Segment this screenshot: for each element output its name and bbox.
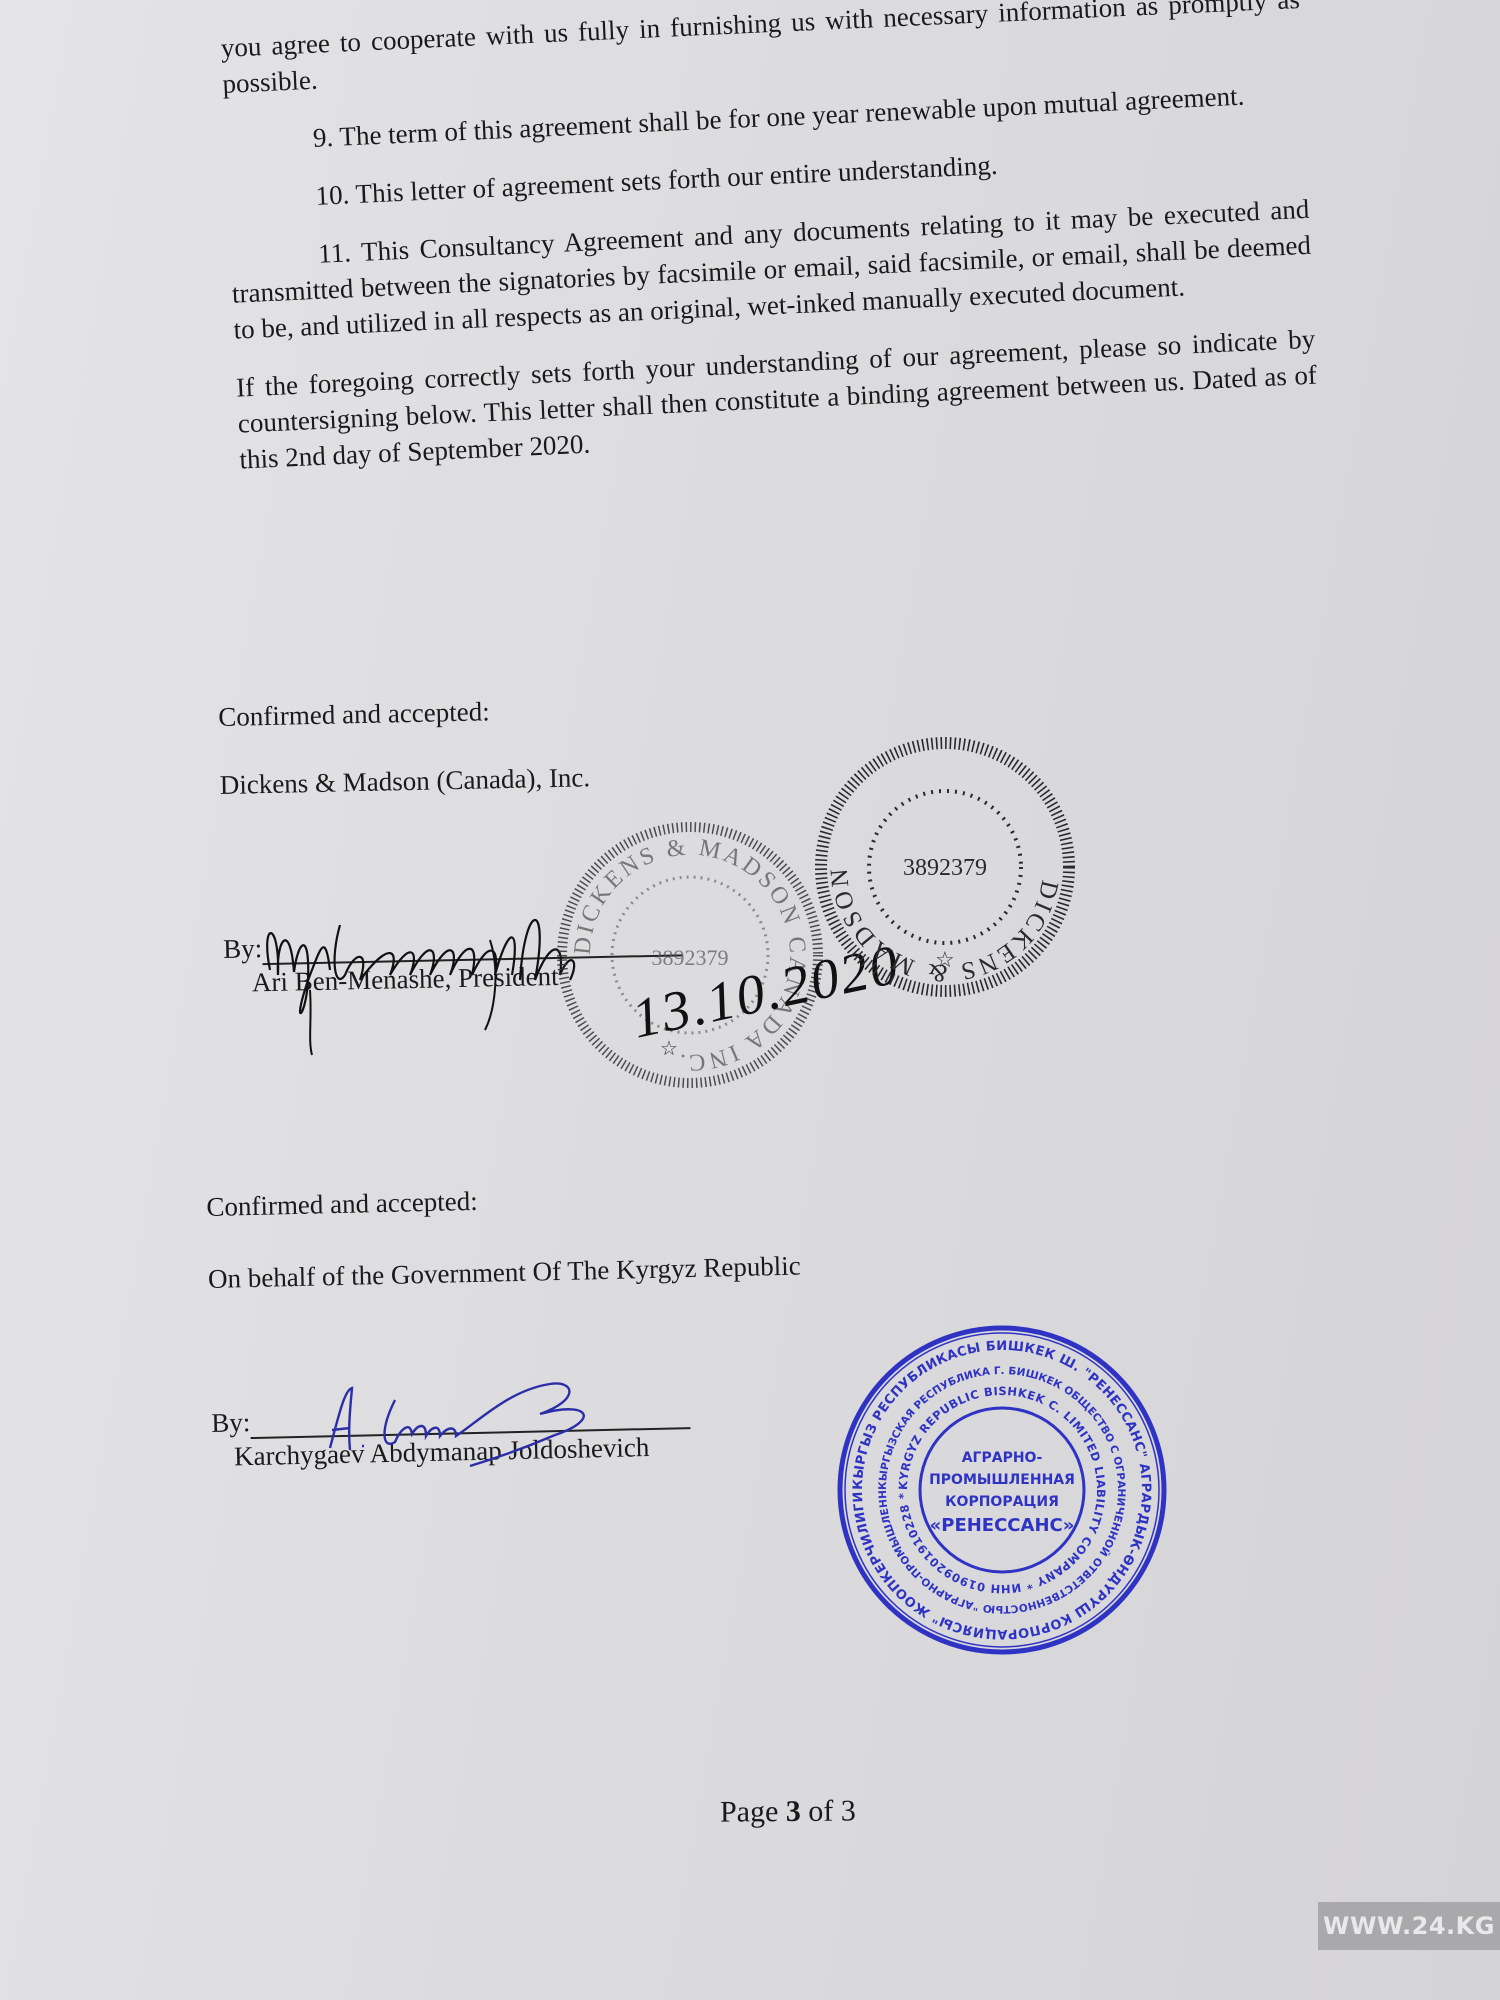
svg-text:3892379: 3892379 [903, 855, 987, 881]
svg-text:KYRGYZ REPUBLIC BISHKEK C. LIM: KYRGYZ REPUBLIC BISHKEK C. LIMITED LIABI… [896, 1384, 1108, 1596]
svg-text:ПРОМЫШЛЕННАЯ: ПРОМЫШЛЕННАЯ [929, 1472, 1075, 1488]
svg-text:АГРАРНО-: АГРАРНО- [962, 1450, 1043, 1466]
company-stamp-dickens-madson: DICKENS & MADSON CANADA INC. 3892379 ☆ [810, 735, 1080, 1000]
agreement-body: you agree to cooperate with us fully in … [220, 0, 1319, 478]
document-page: you agree to cooperate with us fully in … [0, 0, 1500, 2000]
site-watermark: WWW.24.KG [1318, 1902, 1500, 1950]
handwritten-signature-karchygaev [300, 1370, 620, 1480]
svg-text:КОРПОРАЦИЯ: КОРПОРАЦИЯ [945, 1494, 1059, 1510]
page-number: Page 3 of 3 [720, 1794, 856, 1829]
svg-text:☆: ☆ [935, 947, 955, 972]
svg-text:«РЕНЕССАНС»: «РЕНЕССАНС» [930, 1515, 1075, 1536]
svg-text:3892379: 3892379 [652, 945, 729, 970]
by-label: By: [211, 1405, 251, 1440]
company-stamp-renaissance: КЫРГЫЗ РЕСПУБЛИКАСЫ БИШКЕК Ш. "РЕНЕССАНС… [832, 1320, 1172, 1660]
